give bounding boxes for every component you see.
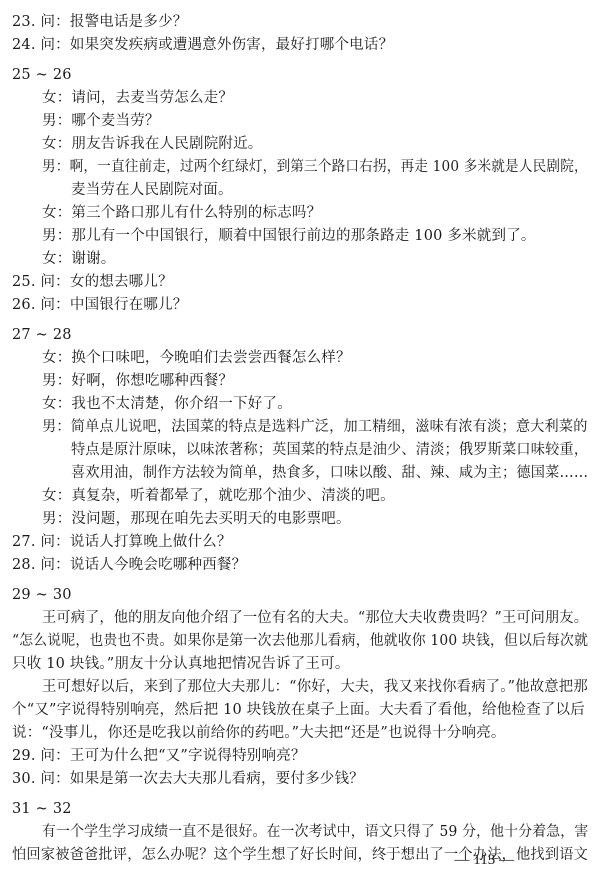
- text-line: 个“又”字说得特别响亮，然后把 10 块钱放在桌子上面。大夫看了看他，给他检查了…: [12, 700, 585, 720]
- text-line: 有一个学生学习成绩一直不是很好。在一次考试中，语文只得了 59 分，他十分着急，…: [42, 822, 588, 842]
- text-line: “怎么说呢，也贵也不贵。如果你是第一次去他那儿看病，他就收你 100 块钱，但以…: [12, 631, 588, 651]
- text-line: 女：请问，去麦当劳怎么走？: [42, 88, 233, 108]
- text-line: 王可想好以后，来到了那位大夫那儿：“你好，大夫，我又来找你看病了。”他故意把那: [42, 677, 588, 697]
- text-line: 女：朋友告诉我在人民剧院附近。: [42, 134, 263, 154]
- text-line: 麦当劳在人民剧院对面。: [71, 180, 233, 200]
- text-line: 26. 问：中国银行在哪儿？: [12, 295, 187, 315]
- text-line: 25 ~ 26: [12, 65, 72, 85]
- text-line: 30. 问：如果是第一次去大夫那儿看病，要付多少钱？: [12, 769, 364, 789]
- page-number: — 113 —: [455, 852, 514, 869]
- text-line: 女：我也不太清楚，你介绍一下好了。: [42, 394, 292, 414]
- text-line: 27 ~ 28: [12, 325, 72, 345]
- document-page: 23. 问：报警电话是多少？24. 问：如果突发疾病或遭遇意外伤害，最好打哪个电…: [0, 0, 600, 892]
- text-line: 男：没问题，那现在咱先去买明天的电影票吧。: [42, 509, 351, 529]
- text-line: 29. 问：王可为什么把“又”字说得特别响亮？: [12, 746, 306, 766]
- text-line: 女：第三个路口那儿有什么特别的标志吗？: [42, 203, 321, 223]
- text-line: 说：“没事儿，你还是吃我以前给你的药吧。”大夫把“还是”也说得十分响亮。: [12, 723, 506, 743]
- text-line: 女：谢谢。: [42, 249, 116, 269]
- text-line: 27. 问：说话人打算晚上做什么？: [12, 532, 232, 552]
- text-line: 23. 问：报警电话是多少？: [12, 12, 187, 32]
- text-line: 25. 问：女的想去哪儿？: [12, 272, 173, 292]
- text-line: 女：真复杂，听着都晕了，就吃那个油少、清淡的吧。: [42, 486, 395, 506]
- text-line: 女：换个口味吧，今晚咱们去尝尝西餐怎么样？: [42, 348, 351, 368]
- text-line: 王可病了，他的朋友向他介绍了一位有名的大夫。“那位大夫收费贵吗？”王可问朋友。: [42, 608, 588, 628]
- text-line: 男：好啊，你想吃哪种西餐？: [42, 371, 233, 391]
- text-line: 男：简单点儿说吧，法国菜的特点是选料广泛，加工精细，滋味有浓有淡；意大利菜的: [42, 417, 588, 437]
- text-line: 男：那儿有一个中国银行，顺着中国银行前边的那条路走 100 多米就到了。: [42, 226, 536, 246]
- text-line: 喜欢用油，制作方法较为简单，热食多，口味以酸、甜、辣、咸为主；德国菜……: [71, 463, 588, 483]
- text-line: 男：啊，一直往前走，过两个红绿灯，到第三个路口右拐，再走 100 多米就是人民剧…: [42, 157, 588, 177]
- text-line: 只收 10 块钱。”朋友十分认真地把情况告诉了王可。: [12, 654, 350, 674]
- text-line: 31 ~ 32: [12, 799, 72, 819]
- text-line: 28. 问：说话人今晚会吃哪种西餐？: [12, 555, 246, 575]
- text-line: 24. 问：如果突发疾病或遭遇意外伤害，最好打哪个电话？: [12, 35, 393, 55]
- text-line: 男：哪个麦当劳？: [42, 111, 160, 131]
- text-line: 29 ~ 30: [12, 585, 72, 605]
- text-line: 特点是原汁原味，以味浓著称；英国菜的特点是油少、清淡；俄罗斯菜口味较重，: [71, 440, 588, 460]
